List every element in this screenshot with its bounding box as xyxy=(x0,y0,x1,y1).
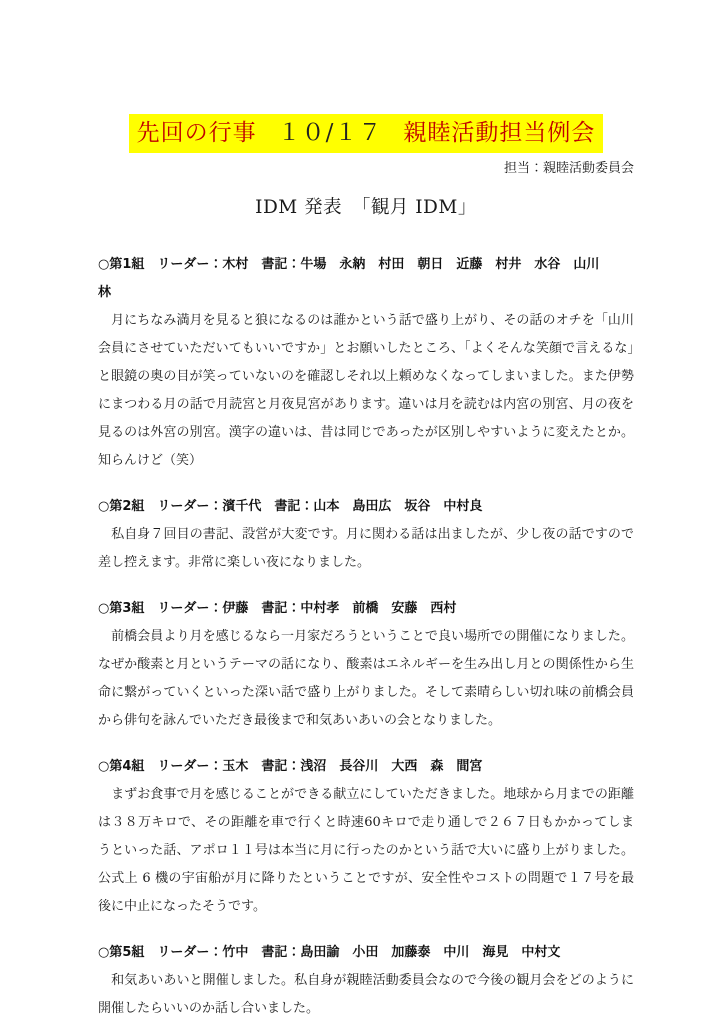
section: ○第5組 リーダー：竹中 書記：島田諭 小田 加藤泰 中川 海見 中村文 和気あ… xyxy=(98,939,634,1023)
section-paragraph: 私自身７回目の書記、設営が大変です。月に関わる話は出ましたが、少し夜の話ですので… xyxy=(98,521,634,577)
section-header: ○第2組 リーダー：濱千代 書記：山本 島田広 坂谷 中村良 xyxy=(98,493,634,521)
title-date: １０/１７ xyxy=(278,120,383,146)
section-header: 林 xyxy=(98,279,634,307)
title-text-prefix: 先回の行事 xyxy=(137,120,257,146)
sections-container: ○第1組 リーダー：木村 書記：牛場 永納 村田 朝日 近藤 村井 水谷 山川林… xyxy=(98,251,634,1023)
document-page: 先回の行事 １０/１７ 親睦活動担当例会 担当：親睦活動委員会 IDM 発表 「… xyxy=(0,0,724,1024)
section-paragraph: 和気あいあいと開催しました。私自身が親睦活動委員会なので今後の観月会をどのように… xyxy=(98,967,634,1023)
section-paragraph: まずお食事で月を感じることができる献立にしていただきました。地球から月までの距離… xyxy=(98,781,634,921)
attribution-line: 担当：親睦活動委員会 xyxy=(98,159,634,179)
section-header: ○第4組 リーダー：玉木 書記：浅沼 長谷川 大西 森 間宮 xyxy=(98,753,634,781)
subtitle: IDM 発表 「観月 IDM」 xyxy=(98,194,634,222)
section: ○第4組 リーダー：玉木 書記：浅沼 長谷川 大西 森 間宮 まずお食事で月を感… xyxy=(98,753,634,921)
section-paragraph: 月にちなみ満月を見ると狼になるのは誰かという話で盛り上がり、その話のオチを「山川… xyxy=(98,307,634,475)
section-header: ○第3組 リーダー：伊藤 書記：中村孝 前橋 安藤 西村 xyxy=(98,595,634,623)
section: ○第2組 リーダー：濱千代 書記：山本 島田広 坂谷 中村良 私自身７回目の書記… xyxy=(98,493,634,577)
section: ○第1組 リーダー：木村 書記：牛場 永納 村田 朝日 近藤 村井 水谷 山川林… xyxy=(98,251,634,475)
section-header: ○第5組 リーダー：竹中 書記：島田諭 小田 加藤泰 中川 海見 中村文 xyxy=(98,939,634,967)
section: ○第3組 リーダー：伊藤 書記：中村孝 前橋 安藤 西村 前橋会員より月を感じる… xyxy=(98,595,634,735)
section-header: ○第1組 リーダー：木村 書記：牛場 永納 村田 朝日 近藤 村井 水谷 山川 xyxy=(98,251,634,279)
title-text-suffix: 親睦活動担当例会 xyxy=(403,120,595,146)
section-paragraph: 前橋会員より月を感じるなら一月家だろうということで良い場所での開催になりました。… xyxy=(98,623,634,735)
document-title: 先回の行事 １０/１７ 親睦活動担当例会 xyxy=(98,114,634,153)
title-highlight: 先回の行事 １０/１７ 親睦活動担当例会 xyxy=(129,114,604,153)
